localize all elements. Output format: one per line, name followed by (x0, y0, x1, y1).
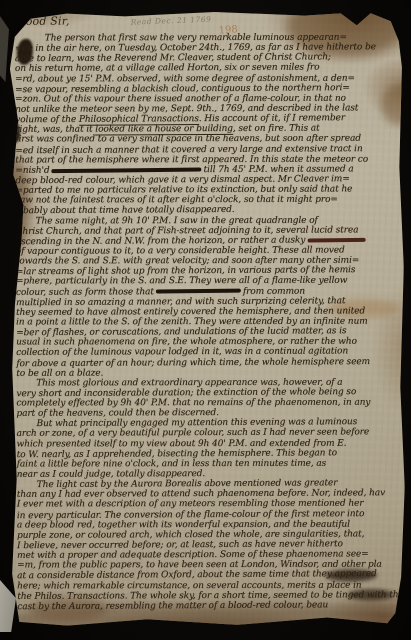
manuscript-line: cast by the Aurora, resembling the matte… (17, 600, 405, 613)
manuscript-line: here; which remarkable circumstance, on … (17, 580, 405, 591)
manuscript-line: faint a little before nine o'clock, and … (17, 458, 405, 469)
manuscript-line: The same night, at 9h 10' P.M. I saw in … (16, 215, 404, 226)
strikethrough-mark (156, 289, 241, 293)
manuscript-line: ascending in the N. and N.W. from the ho… (16, 235, 404, 248)
manuscript-line: =zon. Out of this vapour there issued an… (15, 93, 403, 104)
manuscript-line: on his return home, at a village called … (15, 63, 403, 75)
strikethrough-mark (307, 237, 365, 241)
manuscript-line: usual in such phaenomena on fire, the wh… (16, 337, 404, 348)
manuscript-line: The person that first saw the very remar… (15, 33, 403, 44)
manuscript-page: Good Sir, Read Dec. 21 1769 198 The pers… (5, 7, 407, 631)
manuscript-line: that part of the hemisphere where it fir… (15, 154, 403, 165)
manuscript-line: completely effected by 9h 40' P.M. that … (16, 398, 404, 409)
manuscript-line: a deep blood red, together with its wond… (17, 519, 405, 530)
archival-reading-note: Read Dec. 21 1769 (131, 15, 212, 27)
manuscript-line: multiplied in so amazing a manner, and w… (16, 295, 404, 308)
strikethrough-mark (52, 167, 202, 172)
manuscript-line: for above a quarter of an hour; during w… (16, 356, 404, 369)
manuscript-text-block: The person that first saw the very remar… (15, 32, 406, 612)
underlined-phrase: Philosophical Transactions (79, 114, 199, 126)
manuscript-line: =phere, particularly in the S. and S.E. … (16, 276, 404, 287)
